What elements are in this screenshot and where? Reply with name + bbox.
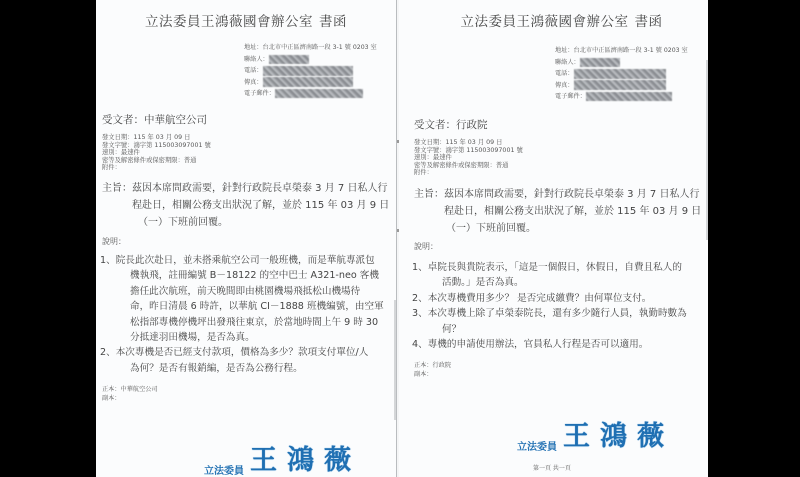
letter-title: 立法委員王鴻薇國會辦公室書函	[407, 10, 708, 30]
letter-page-executive-yuan: 立法委員王鴻薇國會辦公室書函 地址：台北市中正區濟南路一段 3-1 號 0203…	[399, 0, 708, 477]
attachment: 附件：	[414, 169, 523, 177]
explanation-label: 說明：	[414, 241, 438, 252]
contact-person-row: 聯絡人：	[244, 54, 377, 66]
explanation-item-1: 1、院長此次赴日，並未搭乘航空公司一般班機，而是華航專派包 機執飛，註冊編號 B…	[100, 253, 384, 345]
letter-title: 立法委員王鴻薇國會辦公室書函	[96, 10, 396, 30]
explanation-item-2: 2、本次專機是否已經支付款項，價格為多少？款項支付單位/人 為何？是否有報銷編，…	[100, 345, 384, 376]
speed-class: 速別：最速件	[414, 154, 523, 162]
explanation-item-1: 1、卓院長與貴院表示，「這是一個假日，休假日，自費且私人的 活動。」是否為真。	[412, 260, 687, 291]
explanation-item-4: 4、專機的申請使用辦法，官員私人行程是否可以適用。	[412, 337, 687, 352]
recipient: 受文者：中華航空公司	[102, 112, 207, 127]
subject-block: 主旨：茲因本席問政需要，針對行政院長卓榮泰 3 月 7 日私人行 程赴日，相關公…	[414, 186, 701, 237]
explanation-item-2: 2、本次專機費用多少？ 是否完成繳費？由何單位支付。	[412, 291, 687, 306]
explanation-item-3: 3、本次專機上除了卓榮泰院長，還有多少隨行人員，執勤時數為 何？	[412, 306, 687, 337]
redacted-email	[275, 89, 363, 98]
subject-block: 主旨：茲因本席問政需要，針對行政院長卓榮泰 3 月 7 日私人行 程赴日，相關公…	[102, 180, 389, 231]
redacted-contact-name	[580, 58, 620, 67]
copy-recipient: 副本：	[102, 395, 158, 404]
copy-recipient: 副本：	[414, 371, 451, 380]
contact-block: 地址：台北市中正區濟南路一段 3-1 號 0203 室 聯絡人： 電話： 傳真：…	[555, 45, 688, 103]
address-line: 地址：台北市中正區濟南路一段 3-1 號 0203 室	[555, 45, 688, 57]
redacted-contact-name	[269, 55, 309, 64]
issue-date: 發文日期：115 年 03 月 09 日	[414, 139, 523, 147]
original-recipient: 正本：行政院	[414, 362, 451, 371]
redacted-phone	[263, 66, 353, 76]
recipient: 受文者：行政院	[414, 117, 488, 132]
contact-person-row: 聯絡人：	[555, 57, 688, 69]
explanation-items: 1、卓院長與貴院表示，「這是一個假日，休假日，自費且私人的 活動。」是否為真。 …	[412, 260, 687, 352]
redacted-fax	[263, 77, 353, 87]
legislator-signature-stamp: 立法委員王鴻薇	[517, 414, 674, 453]
fax-row: 傳真：	[555, 80, 688, 92]
speed-class: 速別：最速件	[102, 149, 211, 157]
redacted-fax	[574, 80, 666, 90]
explanation-label: 說明：	[102, 236, 126, 247]
phone-row: 電話：	[244, 65, 377, 77]
contact-block: 地址：台北市中正區濟南路一段 3-1 號 0203 室 聯絡人： 電話： 傳真：…	[244, 42, 377, 100]
distribution-list: 正本：行政院 副本：	[414, 362, 451, 379]
attachment: 附件：	[102, 164, 211, 172]
letter-page-china-airlines: 立法委員王鴻薇國會辦公室書函 地址：台北市中正區濟南路一段 3-1 號 0203…	[96, 0, 396, 477]
redacted-email	[586, 92, 672, 101]
explanation-items: 1、院長此次赴日，並未搭乘航空公司一般班機，而是華航專派包 機執飛，註冊編號 B…	[100, 253, 384, 376]
legislator-signature-stamp: 立法委員王鴻薇	[204, 438, 361, 477]
document-meta: 發文日期：115 年 03 月 09 日 發文字號：鴻字第 1150030970…	[414, 139, 523, 177]
fax-row: 傳真：	[244, 77, 377, 89]
address-line: 地址：台北市中正區濟南路一段 3-1 號 0203 室	[244, 42, 377, 54]
email-row: 電子郵件：	[244, 88, 377, 100]
email-row: 電子郵件：	[555, 91, 688, 103]
page-number: 第一頁 共一頁	[533, 463, 571, 472]
page-edge	[706, 60, 708, 240]
distribution-list: 正本：中華航空公司 副本：	[102, 386, 158, 403]
document-meta: 發文日期：115 年 03 月 09 日 發文字號：鴻字第 1150030970…	[102, 134, 211, 172]
redacted-phone	[574, 69, 666, 79]
original-recipient: 正本：中華航空公司	[102, 386, 158, 395]
phone-row: 電話：	[555, 68, 688, 80]
issue-date: 發文日期：115 年 03 月 09 日	[102, 134, 211, 142]
